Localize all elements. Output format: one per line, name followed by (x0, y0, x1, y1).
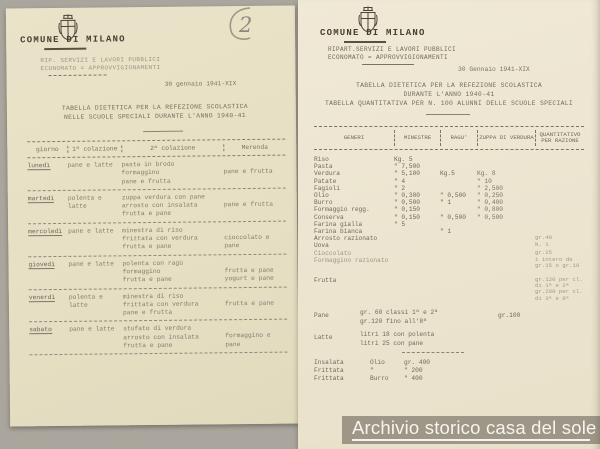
zuppa-value (477, 250, 535, 257)
zuppa-value: " 0,250 (477, 192, 535, 199)
minestre-value (394, 277, 440, 303)
snack-cell: pane e frutta (224, 192, 286, 218)
zuppa-value (477, 228, 535, 235)
ingredient-label: Riso (314, 156, 394, 163)
ingredient-label: Burro (314, 199, 394, 206)
dept-line-2: ECONOMATO = APPROVVIGIONAMENTI (328, 54, 456, 62)
zuppa-value (477, 257, 535, 270)
department-lines: RIPART.SERVIZI E LAVORI PUBBLICI ECONOMA… (328, 46, 456, 61)
ragu-value (440, 185, 477, 192)
ragu-value: " 1 (440, 199, 477, 206)
minestre-value: " 5 (394, 221, 440, 228)
minestre-value (394, 250, 440, 257)
quantity-row: Frutta gr.120 per cl. di 1ª e 2ª gr.200 … (314, 277, 590, 303)
ragu-value (440, 178, 477, 185)
day-label: martedì (28, 195, 68, 220)
milk-lines: litri 18 con polenta litri 25 con pane (360, 330, 498, 348)
condiment-item: Frittata (314, 367, 370, 375)
snack-cell: frutta e pane yogurt e pane (224, 258, 286, 284)
condiment-qty: " 200 (404, 367, 464, 375)
quantity-row: Patate " 4 " 10 (314, 178, 590, 185)
ingredient-label: Arrosto razionato (314, 235, 394, 242)
condiment-qty: gr. 400 (404, 359, 464, 367)
ingredient-label: Verdura (314, 170, 394, 177)
minestre-value (394, 257, 440, 270)
condiment-fat: Burro (370, 375, 404, 383)
day-label: lunedì (27, 162, 67, 187)
minestre-value: " 5,100 (394, 170, 440, 177)
ingredient-label: Frutta (314, 277, 394, 303)
meal2-cell: pasta in brodo formaggino pane e frutta (121, 160, 223, 186)
minestre-value: " 0,500 (394, 199, 440, 206)
minestre-value: " 0,150 (394, 206, 440, 213)
razione-value (535, 163, 590, 170)
zuppa-value (477, 277, 535, 303)
watermark-text: Archivio storico casa del sole (352, 417, 597, 439)
meal2-cell: polenta con ragù formaggino frutta e pan… (122, 259, 224, 285)
snack-cell: frutta e pane (225, 291, 287, 317)
title-underline (426, 114, 470, 115)
ingredient-label: Pasta (314, 163, 394, 170)
menu-row: lunedì pane e latte pasta in brodo forma… (27, 156, 285, 192)
quantity-row: Farina gialla " 5 (314, 221, 590, 228)
day-label: venerdì (29, 293, 69, 318)
minestre-value: " 7,500 (394, 163, 440, 170)
zuppa-value: " 0,800 (477, 206, 535, 213)
razione-value: gr.120 per cl. di 1ª e 2ª gr.200 per cl.… (535, 277, 590, 303)
snack-cell: pane e frutta (223, 160, 285, 186)
col-header-colazione1: 1ª colazione (67, 145, 121, 153)
org-underline (44, 48, 86, 50)
ingredient-label: Conserva (314, 214, 394, 221)
pencil-number: 2 (238, 13, 252, 37)
ragu-value (440, 235, 477, 242)
ingredient-label: Farina bianca (314, 228, 394, 235)
zuppa-value (477, 242, 535, 249)
ragu-value: " 1 (440, 228, 477, 235)
bread-milk-section: Pane gr. 60 classi 1ª e 2ª gr.120 fino a… (314, 308, 590, 348)
ragu-value (440, 156, 477, 163)
ragu-value (440, 206, 477, 213)
dept-line-1: RIPART.SERVIZI E LAVORI PUBBLICI (328, 46, 456, 54)
minestre-value: " 4 (394, 178, 440, 185)
condiment-row: Frittata " " 200 (314, 367, 464, 375)
minestre-value: " 0,300 (394, 192, 440, 199)
ingredient-label: Formaggio regg. (314, 206, 394, 213)
quantity-row: Formaggio regg. " 0,150 " 0,800 (314, 206, 590, 213)
ragu-value (440, 257, 477, 270)
bread-label: Pane (314, 308, 360, 326)
zuppa-value: " 2,500 (477, 185, 535, 192)
razione-value (535, 156, 590, 163)
col-header-zuppa: ZUPPA DI VERDURA (477, 130, 535, 146)
scan-background: COMUNE DI MILANO RIP. SERVIZI E LAVORI P… (0, 0, 600, 449)
razione-value (535, 185, 590, 192)
razione-value (535, 214, 590, 221)
quantity-row: Riso Kg. 5 (314, 156, 590, 163)
dept-underline (49, 74, 107, 76)
menu-row: sabato pane e latte stufato di verdura a… (29, 320, 287, 356)
snack-cell: formaggino e pane (225, 324, 287, 350)
col-header-giorno: giorno (27, 146, 67, 153)
bread-lines: gr. 60 classi 1ª e 2ª gr.120 fino all'8ª (360, 308, 498, 326)
ragu-value: " 0,500 (440, 214, 477, 221)
zuppa-value (477, 235, 535, 242)
meal1-cell: pane e latte (68, 227, 122, 252)
menu-row: martedì polenta e latte zuppa verdura co… (28, 188, 286, 224)
pencil-mark-2: 2 (222, 5, 264, 43)
zuppa-value (477, 163, 535, 170)
quantity-table-body: Riso Kg. 5 Pasta " 7,500 (314, 156, 590, 302)
document-page-right: COMUNE DI MILANO RIPART.SERVIZI E LAVORI… (298, 0, 600, 449)
ragu-value (440, 221, 477, 228)
snack-cell: cioccolato e pane (224, 225, 286, 251)
quantity-row: Pasta " 7,500 (314, 163, 590, 170)
title-underline (143, 131, 183, 132)
razione-value (535, 199, 590, 206)
org-title: COMUNE DI MILANO (20, 34, 126, 45)
col-header-generi: GENERI (314, 130, 394, 146)
meal1-cell: polenta e latte (69, 293, 123, 318)
condiment-qty: " 400 (404, 375, 464, 383)
ragu-value (440, 163, 477, 170)
condiment-item: Insalata (314, 359, 370, 367)
zuppa-value: " 0,500 (477, 214, 535, 221)
menu-row: venerdì polenta e latte minestra di riso… (29, 287, 287, 323)
col-header-minestre: MINESTRE (394, 130, 440, 146)
quantity-row: Conserva " 0,150 " 0,500 " 0,500 (314, 214, 590, 221)
meal2-cell: minestra di riso frittata con verdura pa… (123, 292, 225, 318)
minestre-value (394, 235, 440, 242)
ingredient-label: Formaggino razionato (314, 257, 394, 270)
archive-watermark: Archivio storico casa del sole (342, 416, 600, 444)
quantity-table-body-wrap: Riso Kg. 5 Pasta " 7,500 (314, 156, 590, 383)
org-title: COMUNE DI MILANO (320, 28, 426, 38)
document-page-left: COMUNE DI MILANO RIP. SERVIZI E LAVORI P… (6, 5, 299, 426)
meal1-cell: pane e latte (67, 161, 121, 186)
org-underline (344, 41, 386, 43)
menu-row: mercoledì pane e latte minestra di riso … (28, 221, 286, 257)
condiment-fat: " (370, 367, 404, 375)
quantity-row: Fagioli " 2 " 2,500 (314, 185, 590, 192)
quantity-row: Burro " 0,500 " 1 " 0,400 (314, 199, 590, 206)
razione-value (535, 206, 590, 213)
col-header-ragu: RAGU' (440, 130, 477, 146)
ingredient-label: Patate (314, 178, 394, 185)
ingredient-label: Uova (314, 242, 394, 249)
day-label: giovedì (28, 261, 68, 286)
title-line-2: NELLE SCUOLE SPECIALI DURANTE L'ANNO 194… (29, 111, 281, 123)
col-header-razione: QUANTITATIVO PER RAZIONE (535, 130, 584, 146)
menu-row: giovedì pane e latte polenta con ragù fo… (28, 254, 286, 290)
watermark-underline (352, 439, 590, 441)
zuppa-value: Kg. 8 (477, 170, 535, 177)
section-divider (402, 352, 464, 353)
document-title: TABELLA DIETETICA PER LA REFEZIONE SCOLA… (308, 81, 590, 109)
document-date: 30 gennaio 1941-XIX (165, 80, 237, 88)
condiment-row: Insalata Olio gr. 400 (314, 359, 464, 367)
title-line-3: TABELLA QUANTITATIVA PER N. 100 ALUNNI D… (308, 99, 590, 108)
zuppa-value: " 0,400 (477, 199, 535, 206)
ragu-value (440, 277, 477, 303)
menu-table: giorno 1ª colazione 2ª colazione Merenda… (27, 139, 287, 356)
quantity-row: Verdura " 5,100 Kg.5 Kg. 8 (314, 170, 590, 177)
meal1-cell: pane e latte (68, 260, 122, 285)
minestre-value (394, 242, 440, 249)
minestre-value: " 2 (394, 185, 440, 192)
zuppa-value (477, 221, 535, 228)
meal1-cell: polenta e latte (68, 194, 122, 219)
ragu-value (440, 250, 477, 257)
ingredient-label: Olio (314, 192, 394, 199)
condiment-item: Frittata (314, 375, 370, 383)
dept-underline (362, 64, 414, 65)
condiment-fat: Olio (370, 359, 404, 367)
bread-razione: gr.100 (498, 308, 590, 326)
milk-label: Latte (314, 330, 360, 348)
meal2-cell: stufato di verdura arrosto con insalata … (123, 325, 225, 351)
day-label: mercoledì (28, 228, 68, 253)
razione-value (535, 221, 590, 228)
meal2-cell: minestra di riso frittata con verdura fr… (122, 226, 224, 252)
condiment-row: Frittata Burro " 400 (314, 375, 464, 383)
ingredient-label: Farina gialla (314, 221, 394, 228)
document-date: 30 Gennaio 1941-XIX (458, 66, 530, 73)
quantity-row: Formaggino razionato 1 intero da gr.15 o… (314, 257, 590, 270)
minestre-value (394, 228, 440, 235)
department-lines: RIP. SERVIZI E LAVORI PUBBLICI ECONOMATO… (40, 56, 160, 72)
razione-value (535, 192, 590, 199)
ragu-value: " 0,500 (440, 192, 477, 199)
meal1-cell: pane e latte (69, 326, 123, 351)
razione-value (535, 178, 590, 185)
title-line-1: TABELLA DIETETICA PER LA REFEZIONE SCOLA… (308, 81, 590, 90)
ingredient-label: Fagioli (314, 185, 394, 192)
ragu-value (440, 242, 477, 249)
col-header-merenda: Merenda (223, 144, 285, 152)
dept-line-2: ECONOMATO = APPROVVIGIONAMENTI (40, 63, 160, 72)
ragu-value: Kg.5 (440, 170, 477, 177)
bread-row: Pane gr. 60 classi 1ª e 2ª gr.120 fino a… (314, 308, 590, 326)
day-label: sabato (29, 326, 69, 351)
ingredient-label: Cioccolato (314, 250, 394, 257)
razione-value: 1 intero da gr.15 o gr.10 (535, 257, 590, 270)
minestre-value: Kg. 5 (394, 156, 440, 163)
document-title: TABELLA DIETETICA PER LA REFEZIONE SCOLA… (29, 102, 281, 123)
quantity-table-header: GENERI MINESTRE RAGU' ZUPPA DI VERDURA Q… (314, 126, 584, 150)
minestre-value: " 0,150 (394, 214, 440, 221)
col-header-colazione2: 2ª colazione (121, 144, 223, 152)
zuppa-value (477, 156, 535, 163)
quantity-row: Olio " 0,300 " 0,500 " 0,250 (314, 192, 590, 199)
meal2-cell: zuppa verdura con pane arrosto con insal… (122, 193, 224, 219)
zuppa-value: " 10 (477, 178, 535, 185)
razione-value (535, 170, 590, 177)
title-line-2: DURANTE L'ANNO 1940-41 (308, 90, 590, 99)
milk-row: Latte litri 18 con polenta litri 25 con … (314, 330, 590, 348)
